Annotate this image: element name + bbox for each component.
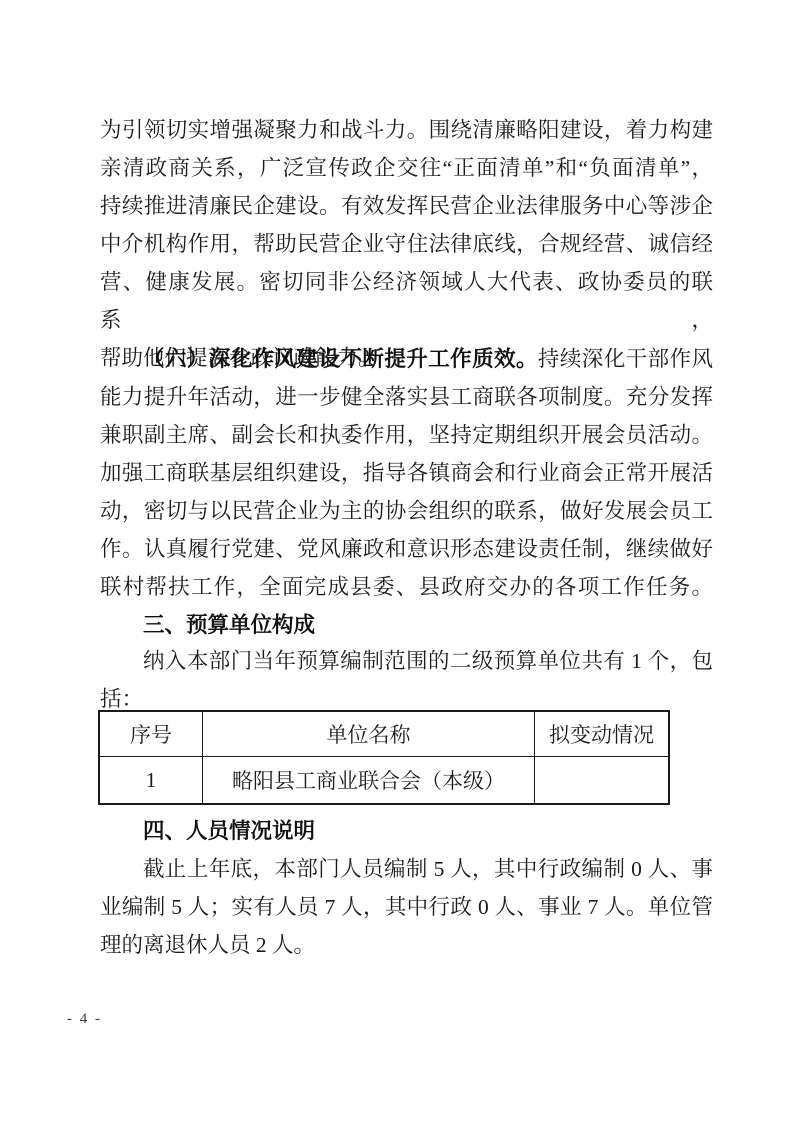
table-header-planned-change: 拟变动情况 xyxy=(535,712,668,757)
text-line: 截止上年底，本部门人员编制 5 人，其中行政编制 0 人、事 xyxy=(100,850,713,888)
text-line: 中介机构作用，帮助民营企业守住法律底线，合规经营、诚信经 xyxy=(100,225,713,263)
text-line: 联村帮扶工作，全面完成县委、县政府交办的各项工作任务。 xyxy=(100,568,713,606)
page-number: - 4 - xyxy=(67,1011,102,1028)
text-line: 动，密切与以民营企业为主的协会组织的联系，做好发展会员工 xyxy=(100,492,713,530)
text-line: 加强工商联基层组织建设，指导各镇商会和行业商会正常开展活 xyxy=(100,454,713,492)
section-3-heading: 三、预算单位构成 xyxy=(100,606,713,644)
text-line: 业编制 5 人；实有人员 7 人，其中行政 0 人、事业 7 人。单位管 xyxy=(100,888,713,926)
text-line: 理的离退休人员 2 人。 xyxy=(100,926,713,964)
paragraph-1: 为引领切实增强凝聚力和战斗力。围绕清廉略阳建设，着力构建 亲清政商关系，广泛宣传… xyxy=(100,111,713,377)
section-3: 三、预算单位构成 xyxy=(100,606,713,644)
table-cell-planned-change xyxy=(535,757,668,803)
text-line: 亲清政商关系，广泛宣传政企交往“正面清单”和“负面清单”， xyxy=(100,149,713,187)
bold-subheading: （六）深化作风建设不断提升工作质效。 xyxy=(143,347,538,371)
text-line: 纳入本部门当年预算编制范围的二级预算单位共有 1 个，包 xyxy=(100,642,713,680)
text-line: 作。认真履行党建、党风廉政和意识形态建设责任制，继续做好 xyxy=(100,530,713,568)
text-line: 持续推进清廉民企建设。有效发挥民营企业法律服务中心等涉企 xyxy=(100,187,713,225)
table-cell-unit-name: 略阳县工商业联合会（本级） xyxy=(203,757,535,803)
lead-rest-text: 持续深化干部作风 xyxy=(538,347,713,371)
text-line: 为引领切实增强凝聚力和战斗力。围绕清廉略阳建设，着力构建 xyxy=(100,111,713,149)
table-header-index: 序号 xyxy=(100,712,203,757)
text-line: 能力提升年活动，进一步健全落实县工商联各项制度。充分发挥 xyxy=(100,378,713,416)
table-cell-index: 1 xyxy=(100,757,203,803)
section-4-heading: 四、人员情况说明 xyxy=(100,812,713,850)
paragraph-2: （六）深化作风建设不断提升工作质效。持续深化干部作风 能力提升年活动，进一步健全… xyxy=(100,340,713,606)
paragraph-4: 截止上年底，本部门人员编制 5 人，其中行政编制 0 人、事 业编制 5 人；实… xyxy=(100,850,713,964)
document-page: 为引领切实增强凝聚力和战斗力。围绕清廉略阳建设，着力构建 亲清政商关系，广泛宣传… xyxy=(0,0,793,1122)
table-header-unit-name: 单位名称 xyxy=(203,712,535,757)
text-line: 兼职副主席、副会长和执委作用，坚持定期组织开展会员活动。 xyxy=(100,416,713,454)
text-line: 营、健康发展。密切同非公经济领域人大代表、政协委员的联系， xyxy=(100,263,713,339)
text-line-with-bold-lead: （六）深化作风建设不断提升工作质效。持续深化干部作风 xyxy=(100,340,713,378)
paragraph-3: 纳入本部门当年预算编制范围的二级预算单位共有 1 个，包 括： xyxy=(100,642,713,718)
section-4: 四、人员情况说明 xyxy=(100,812,713,850)
budget-units-table: 序号 单位名称 拟变动情况 1 略阳县工商业联合会（本级） xyxy=(98,710,670,805)
